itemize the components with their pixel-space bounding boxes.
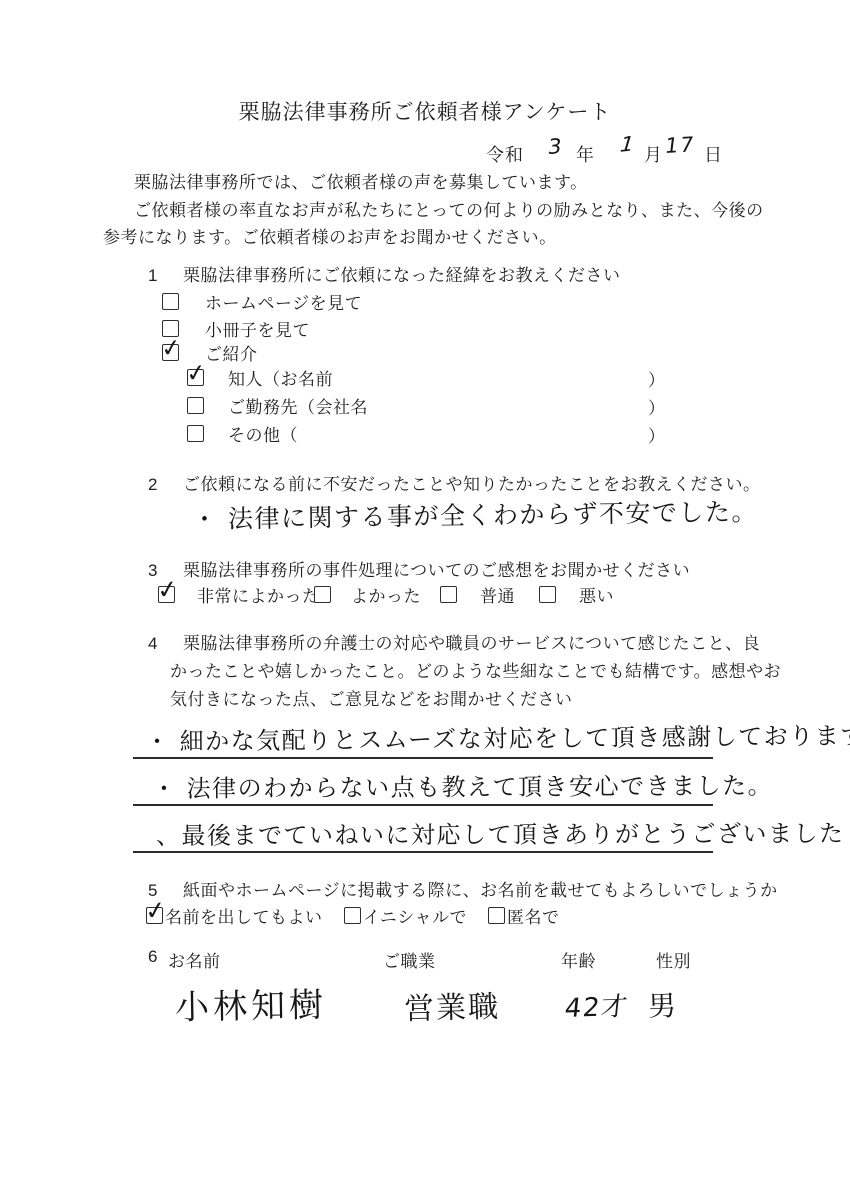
scanned-survey-page: 栗脇法律事務所ご依頼者様アンケート 令和 3 年 1 月 17 日 栗脇法律事務… [0, 0, 850, 1202]
checkbox-very-good-checked [158, 586, 175, 603]
checkbox-acquaintance-checked [187, 369, 204, 386]
answer-underline [133, 804, 713, 806]
q6-field-label-gender: 性別 [656, 947, 691, 972]
q1-header: 1栗脇法律事務所にご依頼になった経緯をお教えください [148, 261, 621, 286]
q4-question-line1: 栗脇法律事務所の弁護士の対応や職員のサービスについて感じたこと、良 [183, 634, 760, 653]
q5-question: 紙面やホームページに掲載する際に、お名前を載せてもよろしいでしょうか [183, 881, 778, 900]
answer-underline [133, 757, 713, 759]
checkbox-good [314, 586, 331, 603]
q4-answer-line-2: ・ 法律のわからない点も教えて頂き安心できました。 [152, 766, 773, 804]
q6-value-gender-handwritten: 男 [647, 984, 678, 1025]
q4-number: 4 [148, 634, 183, 654]
option-label: 普通 [480, 582, 515, 607]
q2-answer-handwriting: ・ 法律に関する事が全くわからず不安でした。 [192, 492, 758, 536]
checkbox-homepage [162, 293, 179, 310]
option-label: 小冊子を見て [205, 316, 310, 341]
close-paren: ） [648, 422, 666, 447]
q2-number: 2 [148, 475, 183, 495]
option-label: その他（ [228, 421, 298, 446]
option-label: 名前を出してもよい [165, 903, 323, 928]
checkbox-initials [344, 907, 361, 924]
q6-value-age-handwritten: 42才 [563, 986, 631, 1025]
option-label: ホームページを見て [205, 289, 362, 314]
checkbox-anonymous [488, 907, 505, 924]
q5-option-row: 匿名で [488, 903, 560, 928]
q5-option-row: 名前を出してもよい [146, 903, 323, 928]
page-title: 栗脇法律事務所ご依頼者様アンケート [0, 96, 850, 126]
intro-line-2: ご依頼者様の率直なお声が私たちにとっての何よりの励みとなり、また、今後の [134, 196, 764, 221]
q6-value-occupation-handwritten: 営業職 [403, 981, 500, 1027]
q3-option-row: よかった [314, 582, 421, 607]
q1-option-row: 知人（お名前 [187, 365, 333, 390]
checkbox-other [187, 425, 204, 442]
option-label: イニシャルで [363, 903, 467, 928]
date-month-label: 月 [644, 141, 663, 167]
q3-option-row: 普通 [440, 582, 515, 607]
checkbox-show-name-checked [146, 907, 163, 924]
q1-question: 栗脇法律事務所にご依頼になった経緯をお教えください [183, 266, 621, 285]
answer-underline [133, 851, 713, 853]
q6-number: 6 [148, 947, 158, 967]
date-month-value-handwritten: 1 [616, 132, 639, 157]
q3-option-row: 非常によかった [158, 582, 320, 607]
intro-line-1: 栗脇法律事務所では、ご依頼者様の声を募集しています。 [134, 168, 588, 193]
q1-option-row: その他（ [187, 421, 298, 446]
q4-header-line2: かったことや嬉しかったこと。どのような些細なことでも結構です。感想やお [170, 657, 781, 682]
q2-header: 2ご依頼になる前に不安だったことや知りたかったことをお教えください。 [148, 470, 761, 495]
checkbox-referral-checked [162, 344, 179, 361]
date-day-label: 日 [704, 141, 723, 167]
q3-option-row: 悪い [539, 582, 614, 607]
q3-header: 3栗脇法律事務所の事件処理についてのご感想をお聞かせください [148, 556, 690, 581]
q3-question: 栗脇法律事務所の事件処理についてのご感想をお聞かせください [183, 561, 690, 580]
option-label: 非常によかった [197, 582, 320, 607]
intro-line-3: 参考になります。ご依頼者様のお声をお聞かせください。 [103, 223, 557, 248]
q2-question: ご依頼になる前に不安だったことや知りたかったことをお教えください。 [183, 475, 761, 494]
option-label: ご紹介 [205, 340, 258, 365]
q6-value-name-handwritten: 小林知樹 [175, 977, 328, 1029]
q4-header-line1: 4栗脇法律事務所の弁護士の対応や職員のサービスについて感じたこと、良 [148, 629, 760, 654]
q1-number: 1 [148, 266, 183, 286]
q1-option-row: ホームページを見て [162, 289, 362, 314]
q6-field-label-name: お名前 [168, 947, 221, 972]
close-paren: ） [648, 366, 666, 391]
option-label: ご勤務先（会社名 [228, 393, 368, 418]
q6-field-label-occupation: ご職業 [383, 947, 436, 972]
q4-answer-line-1: ・ 細かな気配りとスムーズな対応をして頂き感謝しております [145, 716, 850, 757]
option-label: 悪い [579, 582, 614, 607]
option-label: 知人（お名前 [228, 365, 333, 390]
q6-field-label-age: 年齢 [561, 947, 596, 972]
q1-option-row: ご勤務先（会社名 [187, 393, 368, 418]
q1-option-row: ご紹介 [162, 340, 258, 365]
q1-option-row: 小冊子を見て [162, 316, 310, 341]
option-label: 匿名で [507, 903, 560, 928]
q5-header: 5紙面やホームページに掲載する際に、お名前を載せてもよろしいでしょうか [148, 876, 778, 901]
date-year-label: 年 [576, 141, 595, 167]
q5-option-row: イニシャルで [344, 903, 467, 928]
q4-answer-line-3: 、最後までていねいに対応して頂きありがとうございました [156, 814, 845, 851]
date-era-label: 令和 [486, 141, 524, 167]
date-year-value-handwritten: 3 [547, 134, 565, 159]
checkbox-normal [440, 586, 457, 603]
option-label: よかった [351, 582, 421, 607]
checkbox-workplace [187, 397, 204, 414]
date-day-value-handwritten: 17 [664, 132, 697, 158]
close-paren: ） [648, 394, 666, 419]
q4-header-line3: 気付きになった点、ご意見などをお聞かせください [170, 685, 573, 710]
checkbox-bad [539, 586, 556, 603]
